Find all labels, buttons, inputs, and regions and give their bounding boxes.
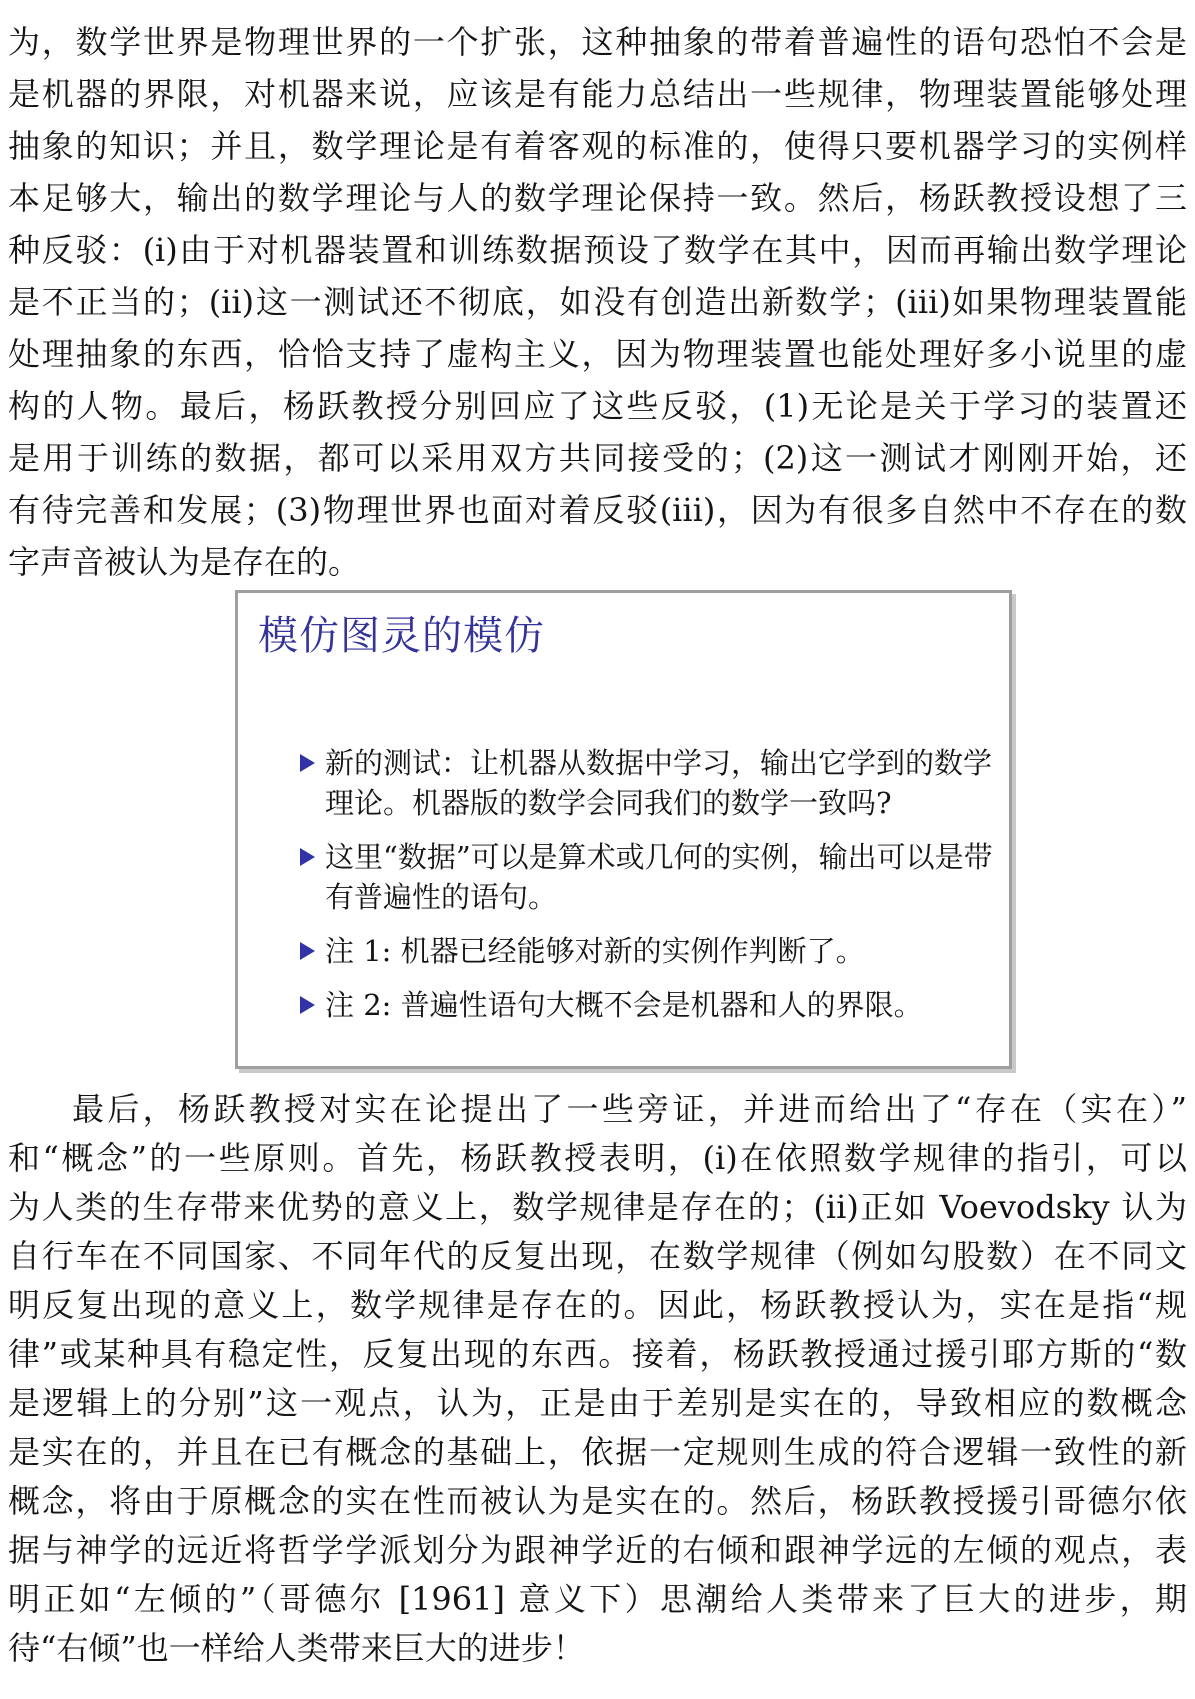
paragraph-line: 是不正当的；(ii)这一测试还不彻底，如没有创造出新数学；(iii)如果物理装置…: [8, 276, 1187, 328]
paragraph-line: 最后，杨跃教授对实在论提出了一些旁证，并进而给出了“存在（实在）”: [8, 1085, 1187, 1134]
triangle-right-icon: [300, 942, 315, 960]
document-page: 为，数学世界是物理世界的一个扩张，这种抽象的带着普遍性的语句恐怕不会是 是机器的…: [0, 0, 1195, 1699]
paragraph-line: 是实在的，并且在已有概念的基础上，依据一定规则生成的符合逻辑一致性的新: [8, 1428, 1187, 1477]
paragraph-line: 抽象的知识；并且，数学理论是有着客观的标准的，使得只要机器学习的实例样: [8, 120, 1187, 172]
bullet-item: 注 2: 普遍性语句大概不会是机器和人的界限。: [300, 985, 989, 1025]
bullet-line: 注 1: 机器已经能够对新的实例作判断了。: [325, 931, 865, 971]
bullet-line: 这里“数据”可以是算术或几何的实例，输出可以是带: [325, 837, 993, 877]
triangle-right-icon: [300, 848, 315, 866]
paragraph-line: 据与神学的远近将哲学学派划分为跟神学近的右倾和跟神学远的左倾的观点，表: [8, 1526, 1187, 1575]
slide-bullet-list: 新的测试：让机器从数据中学习，输出它学到的数学 理论。机器版的数学会同我们的数学…: [238, 743, 1009, 1025]
bullet-line: 理论。机器版的数学会同我们的数学一致吗?: [325, 783, 992, 823]
slide-title: 模仿图灵的模仿: [258, 611, 1009, 661]
paragraph-line: 为，数学世界是物理世界的一个扩张，这种抽象的带着普遍性的语句恐怕不会是: [8, 16, 1187, 68]
triangle-right-icon: [300, 754, 315, 772]
bullet-line: 注 2: 普遍性语句大概不会是机器和人的界限。: [325, 985, 923, 1025]
paragraph-line: 是逻辑上的分别”这一观点，认为，正是由于差别是实在的，导致相应的数概念: [8, 1379, 1187, 1428]
bullet-item: 新的测试：让机器从数据中学习，输出它学到的数学 理论。机器版的数学会同我们的数学…: [300, 743, 989, 823]
paragraph-line: 明反复出现的意义上，数学规律是存在的。因此，杨跃教授认为，实在是指“规: [8, 1281, 1187, 1330]
bullet-text: 这里“数据”可以是算术或几何的实例，输出可以是带 有普遍性的语句。: [325, 837, 993, 917]
paragraph-line: 为人类的生存带来优势的意义上，数学规律是存在的；(ii)正如 Voevodsky…: [8, 1183, 1187, 1232]
paragraph-line: 自行车在不同国家、不同年代的反复出现，在数学规律（例如勾股数）在不同文: [8, 1232, 1187, 1281]
paragraph-line: 待“右倾”也一样给人类带来巨大的进步！: [8, 1624, 1187, 1673]
paragraph-line: 是机器的界限，对机器来说，应该是有能力总结出一些规律，物理装置能够处理: [8, 68, 1187, 120]
paragraph-line: 和“概念”的一些原则。首先，杨跃教授表明，(i)在依照数学规律的指引，可以: [8, 1134, 1187, 1183]
bullet-item: 注 1: 机器已经能够对新的实例作判断了。: [300, 931, 989, 971]
paragraph-line: 处理抽象的东西，恰恰支持了虚构主义，因为物理装置也能处理好多小说里的虚: [8, 328, 1187, 380]
paragraph-top: 为，数学世界是物理世界的一个扩张，这种抽象的带着普遍性的语句恐怕不会是 是机器的…: [0, 0, 1195, 588]
paragraph-line: 律”或某种具有稳定性，反复出现的东西。接着，杨跃教授通过援引耶方斯的“数: [8, 1330, 1187, 1379]
bullet-line: 有普遍性的语句。: [325, 877, 993, 917]
paragraph-line: 有待完善和发展；(3)物理世界也面对着反驳(iii)，因为有很多自然中不存在的数: [8, 484, 1187, 536]
paragraph-line: 种反驳：(i)由于对机器装置和训练数据预设了数学在其中，因而再输出数学理论: [8, 224, 1187, 276]
paragraph-line: 是用于训练的数据，都可以采用双方共同接受的；(2)这一测试才刚刚开始，还: [8, 432, 1187, 484]
slide-box: 模仿图灵的模仿 新的测试：让机器从数据中学习，输出它学到的数学 理论。机器版的数…: [235, 590, 1012, 1069]
paragraph-line: 构的人物。最后，杨跃教授分别回应了这些反驳，(1)无论是关于学习的装置还: [8, 380, 1187, 432]
paragraph-line: 明正如“左倾的”（哥德尔 [1961] 意义下）思潮给人类带来了巨大的进步，期: [8, 1575, 1187, 1624]
bullet-line: 新的测试：让机器从数据中学习，输出它学到的数学: [325, 743, 992, 783]
bullet-item: 这里“数据”可以是算术或几何的实例，输出可以是带 有普遍性的语句。: [300, 837, 989, 917]
paragraph-line: 本足够大，输出的数学理论与人的数学理论保持一致。然后，杨跃教授设想了三: [8, 172, 1187, 224]
bullet-text: 注 1: 机器已经能够对新的实例作判断了。: [325, 931, 865, 971]
triangle-right-icon: [300, 996, 315, 1014]
bullet-text: 注 2: 普遍性语句大概不会是机器和人的界限。: [325, 985, 923, 1025]
paragraph-line: 概念，将由于原概念的实在性而被认为是实在的。然后，杨跃教授援引哥德尔依: [8, 1477, 1187, 1526]
bullet-text: 新的测试：让机器从数据中学习，输出它学到的数学 理论。机器版的数学会同我们的数学…: [325, 743, 992, 823]
paragraph-bottom: 最后，杨跃教授对实在论提出了一些旁证，并进而给出了“存在（实在）” 和“概念”的…: [0, 1085, 1195, 1673]
paragraph-line: 字声音被认为是存在的。: [8, 536, 1187, 588]
